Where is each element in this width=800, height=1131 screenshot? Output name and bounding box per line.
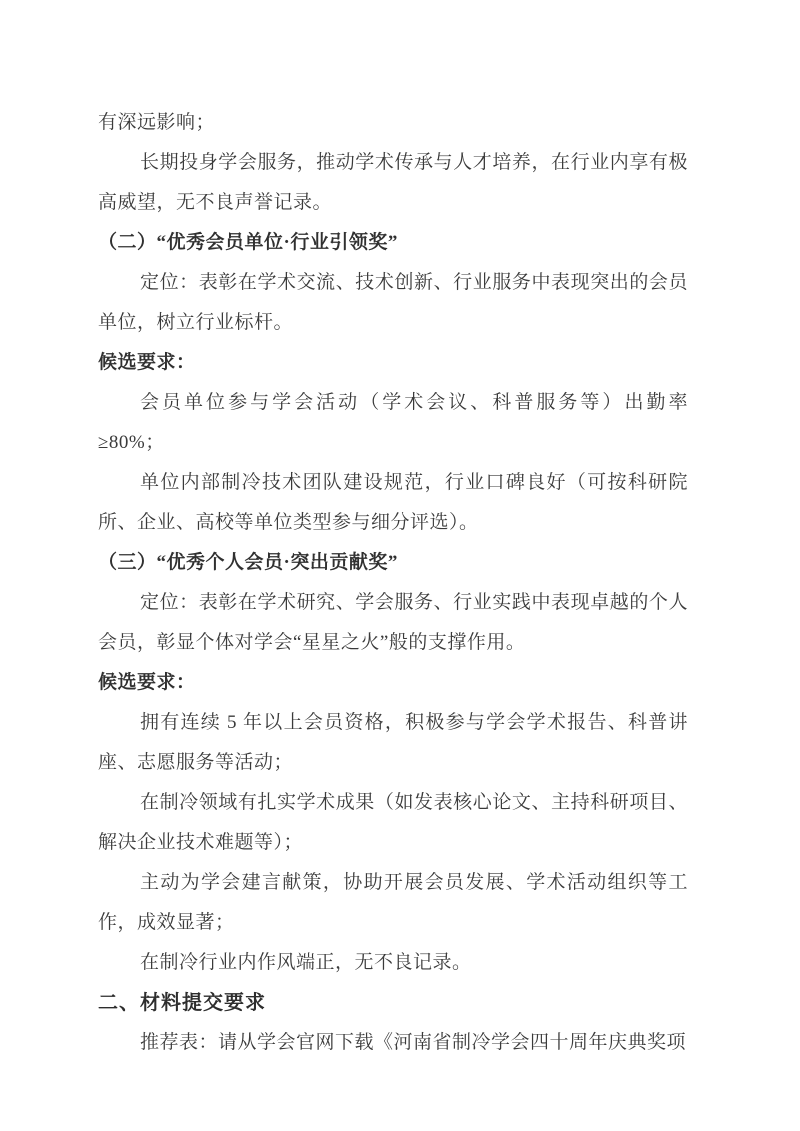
paragraph: 主动为学会建言献策，协助开展会员发展、学术活动组织等工作，成效显著；	[98, 863, 688, 943]
paragraph: 推荐表：请从学会官网下载《河南省制冷学会四十周年庆典奖项	[98, 1023, 688, 1063]
document-page: 有深远影响；长期投身学会服务，推动学术传承与人才培养，在行业内享有极高威望，无不…	[0, 0, 800, 1131]
section-heading: 候选要求：	[98, 663, 688, 703]
paragraph: 单位内部制冷技术团队建设规范，行业口碑良好（可按科研院所、企业、高校等单位类型参…	[98, 463, 688, 543]
section-heading: 候选要求：	[98, 343, 688, 383]
paragraph: 定位：表彰在学术交流、技术创新、行业服务中表现突出的会员单位，树立行业标杆。	[98, 263, 688, 343]
section-heading: 二、材料提交要求	[98, 983, 688, 1023]
paragraph: 拥有连续 5 年以上会员资格，积极参与学会学术报告、科普讲座、志愿服务等活动；	[98, 703, 688, 783]
paragraph: 在制冷领域有扎实学术成果（如发表核心论文、主持科研项目、解决企业技术难题等）；	[98, 783, 688, 863]
document-body: 有深远影响；长期投身学会服务，推动学术传承与人才培养，在行业内享有极高威望，无不…	[98, 103, 688, 1063]
section-heading: （二）“优秀会员单位·行业引领奖”	[98, 223, 688, 263]
paragraph: 长期投身学会服务，推动学术传承与人才培养，在行业内享有极高威望，无不良声誉记录。	[98, 143, 688, 223]
paragraph: 在制冷行业内作风端正，无不良记录。	[98, 943, 688, 983]
paragraph: 有深远影响；	[98, 103, 688, 143]
paragraph: 定位：表彰在学术研究、学会服务、行业实践中表现卓越的个人会员，彰显个体对学会“星…	[98, 583, 688, 663]
section-heading: （三）“优秀个人会员·突出贡献奖”	[98, 543, 688, 583]
paragraph: 会员单位参与学会活动（学术会议、科普服务等）出勤率≥80%；	[98, 383, 688, 463]
